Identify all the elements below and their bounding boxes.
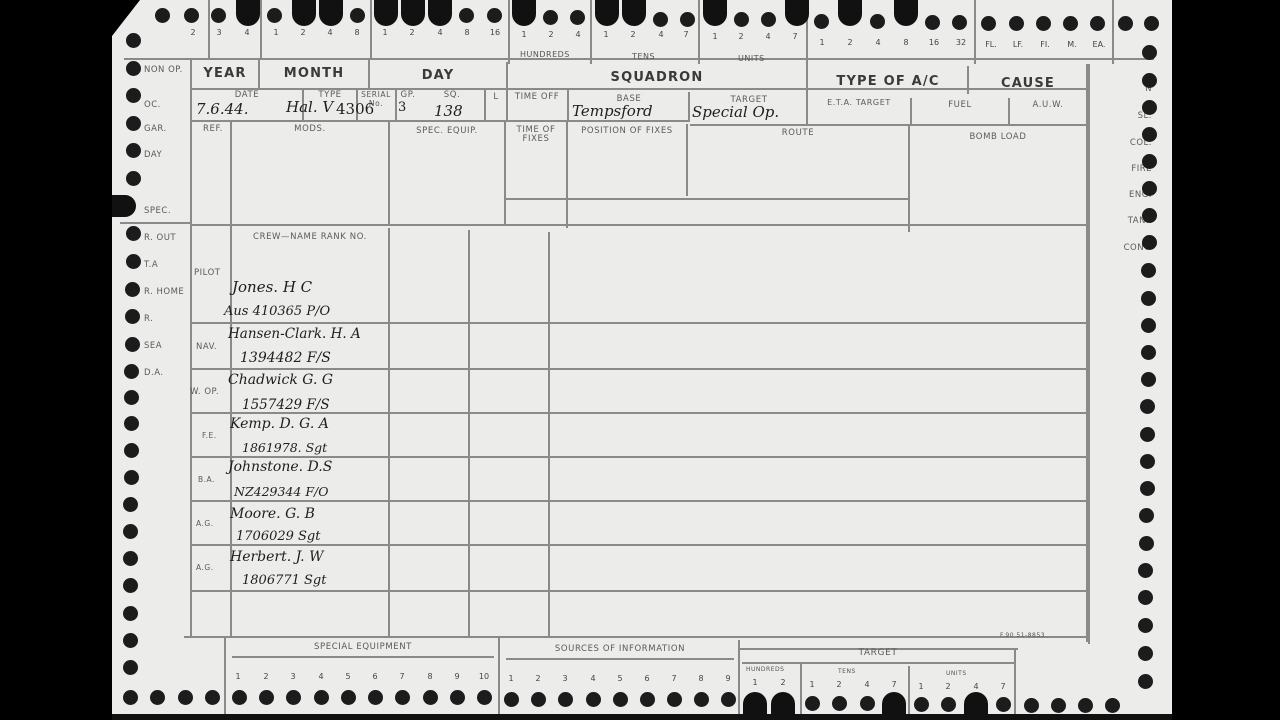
target-value[interactable]: Special Op. bbox=[692, 103, 779, 121]
gp-value[interactable]: 3 bbox=[398, 100, 406, 115]
punch-hole bbox=[914, 697, 929, 712]
crew-detail[interactable]: NZ429344 F/O bbox=[234, 484, 328, 499]
code-r-home: R. HOME bbox=[144, 287, 184, 297]
code-oc: OC. bbox=[144, 100, 161, 110]
punch-hole bbox=[1141, 318, 1156, 333]
punch-hole bbox=[1141, 263, 1156, 278]
top-num: EA. bbox=[1090, 40, 1108, 49]
punch-hole bbox=[124, 416, 139, 431]
punch-hole bbox=[721, 692, 736, 707]
top-num: 16 bbox=[488, 28, 502, 37]
top-num: 2 bbox=[405, 28, 419, 37]
punch-hole bbox=[1142, 208, 1157, 223]
crew-detail[interactable]: 1394482 F/S bbox=[240, 350, 331, 366]
top-num: 8 bbox=[899, 38, 913, 47]
punch-hole bbox=[1139, 536, 1154, 551]
punch-hole bbox=[487, 8, 502, 23]
top-num: 16 bbox=[927, 38, 941, 47]
punch-hole bbox=[653, 12, 668, 27]
punch-notch bbox=[838, 0, 862, 26]
punch-hole bbox=[126, 171, 141, 186]
punch-notch bbox=[374, 0, 398, 26]
bottom-num: 1 bbox=[914, 682, 928, 691]
punch-hole bbox=[1138, 563, 1153, 578]
bottom-num: 2 bbox=[941, 682, 955, 691]
top-num: 8 bbox=[350, 28, 364, 37]
top-num: 1 bbox=[708, 32, 722, 41]
top-num: 2 bbox=[544, 30, 558, 39]
base-value[interactable]: Tempsford bbox=[572, 102, 653, 120]
date-value[interactable]: 7.6.44. bbox=[196, 100, 248, 118]
bottom-num: 2 bbox=[832, 680, 846, 689]
month-header: MONTH bbox=[260, 66, 368, 81]
punch-hole bbox=[543, 10, 558, 25]
bottom-num: 9 bbox=[721, 674, 735, 683]
punch-hole bbox=[205, 690, 220, 705]
mods-label: MODS. bbox=[232, 124, 388, 134]
punch-hole bbox=[1139, 508, 1154, 523]
punch-hole bbox=[150, 690, 165, 705]
top-num: 1 bbox=[599, 30, 613, 39]
crew-role: B.A. bbox=[198, 475, 215, 484]
punch-hole bbox=[1051, 698, 1066, 713]
punch-hole bbox=[423, 690, 438, 705]
punch-hole bbox=[123, 633, 138, 648]
punch-hole bbox=[1141, 345, 1156, 360]
punch-hole bbox=[123, 578, 138, 593]
background-left bbox=[0, 0, 112, 720]
bottom-num: 8 bbox=[694, 674, 708, 683]
type-of-ac-header: TYPE OF A/C bbox=[808, 74, 968, 89]
bottom-num: 6 bbox=[368, 672, 382, 681]
punch-hole bbox=[1142, 127, 1157, 142]
punch-hole bbox=[734, 12, 749, 27]
code-r: R. bbox=[144, 314, 153, 324]
punch-hole bbox=[870, 14, 885, 29]
code-non-op: NON OP. bbox=[144, 66, 183, 75]
crew-name[interactable]: Herbert. J. W bbox=[230, 549, 323, 565]
units-label: UNITS bbox=[738, 54, 765, 63]
year-header: YEAR bbox=[192, 66, 258, 81]
bottom-num: 7 bbox=[887, 680, 901, 689]
time-of-fixes-label: TIME OF FIXES bbox=[506, 126, 566, 144]
punch-hole bbox=[814, 14, 829, 29]
punch-hole bbox=[341, 690, 356, 705]
punch-notch bbox=[703, 0, 727, 26]
code-day: DAY bbox=[144, 150, 162, 160]
sq-label: SQ. bbox=[420, 90, 484, 100]
punch-hole bbox=[1138, 618, 1153, 633]
crew-name[interactable]: Moore. G. B bbox=[230, 506, 315, 522]
target-bottom-label: TARGET bbox=[742, 648, 1014, 658]
crew-name[interactable]: Jones. H C bbox=[232, 278, 312, 296]
position-of-fixes-label: POSITION OF FIXES bbox=[568, 126, 686, 136]
punch-hole bbox=[123, 497, 138, 512]
punch-hole bbox=[860, 696, 875, 711]
punch-hole bbox=[184, 8, 199, 23]
punch-hole bbox=[1063, 16, 1078, 31]
punch-hole bbox=[941, 697, 956, 712]
crew-role: A.G. bbox=[196, 563, 214, 572]
punch-hole bbox=[586, 692, 601, 707]
punch-notch bbox=[292, 0, 316, 26]
bottom-num: 1 bbox=[805, 680, 819, 689]
top-num: 2 bbox=[626, 30, 640, 39]
bottom-num: 9 bbox=[450, 672, 464, 681]
punch-hole bbox=[1142, 73, 1157, 88]
top-num: 1 bbox=[269, 28, 283, 37]
punch-hole bbox=[123, 524, 138, 539]
punch-hole bbox=[395, 690, 410, 705]
bottom-num: 4 bbox=[314, 672, 328, 681]
top-num: 1 bbox=[517, 30, 531, 39]
punch-hole bbox=[1140, 454, 1155, 469]
route-label: ROUTE bbox=[688, 128, 908, 138]
form-code: F.90 51-8853 bbox=[1000, 632, 1045, 639]
crew-role: PILOT bbox=[194, 268, 220, 278]
top-num: 4 bbox=[240, 28, 254, 37]
top-num: 7 bbox=[788, 32, 802, 41]
punch-hole bbox=[1138, 646, 1153, 661]
top-num: 2 bbox=[843, 38, 857, 47]
punch-hole bbox=[1118, 16, 1133, 31]
bottom-num: 4 bbox=[860, 680, 874, 689]
top-num: 32 bbox=[954, 38, 968, 47]
punch-hole bbox=[832, 696, 847, 711]
code-sea: SEA bbox=[144, 341, 162, 351]
bottom-num: 7 bbox=[996, 682, 1010, 691]
punch-hole bbox=[504, 692, 519, 707]
punch-hole bbox=[952, 15, 967, 30]
punch-hole bbox=[123, 660, 138, 675]
punch-hole bbox=[126, 33, 141, 48]
hundreds-label: HUNDREDS bbox=[520, 50, 570, 59]
punch-hole bbox=[1141, 291, 1156, 306]
top-num: 2 bbox=[296, 28, 310, 37]
bottom-num: 1 bbox=[231, 672, 245, 681]
top-num: 4 bbox=[433, 28, 447, 37]
crew-detail[interactable]: 1861978. Sgt bbox=[242, 440, 327, 455]
bomb-load-label: BOMB LOAD bbox=[910, 132, 1086, 142]
punch-hole bbox=[314, 690, 329, 705]
crew-detail[interactable]: Aus 410365 P/O bbox=[224, 304, 330, 319]
crew-detail[interactable]: 1706029 Sgt bbox=[236, 529, 320, 544]
punch-hole bbox=[125, 282, 140, 297]
bottom-num: 10 bbox=[475, 672, 493, 681]
time-off-label: TIME OFF bbox=[508, 92, 566, 102]
fuel-label: FUEL bbox=[912, 100, 1008, 110]
punch-hole bbox=[267, 8, 282, 23]
crew-role: F.E. bbox=[202, 431, 217, 440]
top-num: 1 bbox=[378, 28, 392, 37]
punch-hole bbox=[350, 8, 365, 23]
top-num: 4 bbox=[871, 38, 885, 47]
punch-hole bbox=[125, 337, 140, 352]
code-gar: GAR. bbox=[144, 124, 167, 134]
punch-notch bbox=[236, 0, 260, 26]
gp-label: GP. bbox=[396, 90, 420, 100]
punch-hole bbox=[232, 690, 247, 705]
top-num: 8 bbox=[460, 28, 474, 37]
bottom-num: 6 bbox=[640, 674, 654, 683]
punch-hole bbox=[125, 309, 140, 324]
punch-hole bbox=[981, 16, 996, 31]
punch-hole bbox=[178, 690, 193, 705]
punch-hole bbox=[1024, 698, 1039, 713]
bottom-num: 7 bbox=[395, 672, 409, 681]
punch-hole bbox=[459, 8, 474, 23]
punch-hole bbox=[1142, 181, 1157, 196]
spec-equip-label: SPEC. EQUIP. bbox=[390, 126, 504, 136]
code-r-out: R. OUT bbox=[144, 233, 176, 243]
punch-hole bbox=[1138, 674, 1153, 689]
punch-hole bbox=[667, 692, 682, 707]
l-label: L bbox=[486, 92, 506, 102]
bottom-num: 1 bbox=[504, 674, 518, 683]
punch-notch bbox=[894, 0, 918, 26]
crew-detail[interactable]: 1806771 Sgt bbox=[242, 573, 326, 588]
punch-hole bbox=[925, 15, 940, 30]
bottom-num: 2 bbox=[776, 678, 790, 687]
crew-name[interactable]: Kemp. D. G. A bbox=[230, 416, 329, 432]
punch-notch bbox=[319, 0, 343, 26]
punch-hole bbox=[1142, 45, 1157, 60]
crew-name[interactable]: Chadwick G. G bbox=[228, 372, 333, 388]
top-num: 2 bbox=[186, 28, 200, 37]
punch-hole bbox=[1090, 16, 1105, 31]
punch-hole bbox=[996, 697, 1011, 712]
punch-notch bbox=[428, 0, 452, 26]
punch-hole bbox=[126, 254, 141, 269]
auw-label: A.U.W. bbox=[1010, 100, 1086, 110]
punch-hole bbox=[259, 690, 274, 705]
punch-hole bbox=[450, 690, 465, 705]
punch-hole bbox=[368, 690, 383, 705]
top-num: 4 bbox=[654, 30, 668, 39]
punch-hole bbox=[531, 692, 546, 707]
punch-hole bbox=[1140, 481, 1155, 496]
top-num: M. bbox=[1063, 40, 1081, 49]
bottom-num: 7 bbox=[667, 674, 681, 683]
punch-hole bbox=[1142, 154, 1157, 169]
punch-hole bbox=[1078, 698, 1093, 713]
crew-name[interactable]: Hansen-Clark. H. A bbox=[228, 326, 361, 342]
bottom-num: 2 bbox=[531, 674, 545, 683]
special-equipment-label: SPECIAL EQUIPMENT bbox=[228, 642, 498, 652]
punch-hole bbox=[126, 143, 141, 158]
tens-label: TENS bbox=[632, 52, 655, 61]
punch-hole bbox=[126, 88, 141, 103]
crew-role: NAV. bbox=[196, 342, 217, 352]
crew-header: CREW—NAME RANK NO. bbox=[232, 232, 388, 242]
punch-hole bbox=[124, 390, 139, 405]
bottom-num: 1 bbox=[748, 678, 762, 687]
top-num: 2 bbox=[734, 32, 748, 41]
type-value[interactable]: Hal. V bbox=[286, 98, 333, 116]
crew-role: W. OP. bbox=[190, 387, 219, 397]
bottom-num: 5 bbox=[341, 672, 355, 681]
punch-hole bbox=[1009, 16, 1024, 31]
crew-name[interactable]: Johnstone. D.S bbox=[228, 459, 332, 475]
punch-hole bbox=[1142, 100, 1157, 115]
punch-hole bbox=[1140, 427, 1155, 442]
punch-hole bbox=[761, 12, 776, 27]
crew-detail[interactable]: 1557429 F/S bbox=[242, 397, 330, 413]
serial-value[interactable]: 4306 bbox=[336, 100, 374, 118]
punch-notch bbox=[401, 0, 425, 26]
punch-hole bbox=[1142, 235, 1157, 250]
squadron-header: SQUADRON bbox=[508, 70, 806, 85]
code-ta: T.A bbox=[144, 260, 158, 270]
punch-notch bbox=[512, 0, 536, 26]
punch-card: 2 3 4 1 2 4 8 1 2 4 8 16 1 2 4 HUNDREDS … bbox=[112, 0, 1172, 720]
punch-hole bbox=[286, 690, 301, 705]
target-units-label: UNITS bbox=[946, 670, 967, 677]
punch-hole bbox=[570, 10, 585, 25]
punch-notch bbox=[785, 0, 809, 26]
punch-hole bbox=[124, 443, 139, 458]
bottom-num: 3 bbox=[558, 674, 572, 683]
background-right bbox=[1172, 0, 1280, 720]
bottom-num: 4 bbox=[586, 674, 600, 683]
punch-hole bbox=[126, 226, 141, 241]
top-num: 3 bbox=[212, 28, 226, 37]
punch-hole bbox=[126, 61, 141, 76]
bottom-num: 8 bbox=[423, 672, 437, 681]
code-spec: SPEC. bbox=[144, 206, 171, 216]
top-num: 4 bbox=[761, 32, 775, 41]
bottom-num: 2 bbox=[259, 672, 273, 681]
punch-notch bbox=[622, 0, 646, 26]
punch-hole bbox=[123, 690, 138, 705]
top-num: 4 bbox=[323, 28, 337, 37]
punch-hole bbox=[1141, 372, 1156, 387]
target-hundreds-label: HUNDREDS bbox=[746, 666, 784, 673]
ref-label: REF. bbox=[202, 124, 224, 134]
punch-hole bbox=[558, 692, 573, 707]
bottom-num: 5 bbox=[613, 674, 627, 683]
punch-hole bbox=[124, 364, 139, 379]
punch-hole bbox=[1036, 16, 1051, 31]
punch-hole bbox=[1140, 399, 1155, 414]
top-num: 4 bbox=[571, 30, 585, 39]
top-num: FI. bbox=[1036, 40, 1054, 49]
punch-hole bbox=[477, 690, 492, 705]
punch-hole bbox=[126, 116, 141, 131]
punch-hole bbox=[1105, 698, 1120, 713]
punch-hole bbox=[1144, 16, 1159, 31]
bottom-num: 3 bbox=[286, 672, 300, 681]
punch-hole bbox=[155, 8, 170, 23]
punch-hole bbox=[694, 692, 709, 707]
punch-hole bbox=[613, 692, 628, 707]
punch-hole bbox=[211, 8, 226, 23]
target-tens-label: TENS bbox=[838, 668, 856, 675]
sq-value[interactable]: 138 bbox=[434, 102, 463, 120]
punch-hole bbox=[123, 606, 138, 621]
punch-notch bbox=[595, 0, 619, 26]
punch-hole bbox=[805, 696, 820, 711]
punch-hole bbox=[124, 470, 139, 485]
eta-target-label: E.T.A. TARGET bbox=[808, 98, 910, 107]
punch-hole bbox=[1138, 590, 1153, 605]
punch-hole bbox=[640, 692, 655, 707]
sources-of-information-label: SOURCES OF INFORMATION bbox=[502, 644, 738, 654]
top-num: 7 bbox=[679, 30, 693, 39]
punch-hole bbox=[123, 551, 138, 566]
code-da: D.A. bbox=[144, 368, 164, 378]
day-header: DAY bbox=[370, 68, 506, 83]
bottom-num: 4 bbox=[969, 682, 983, 691]
crew-role: A.G. bbox=[196, 519, 214, 528]
top-num: 1 bbox=[815, 38, 829, 47]
top-num: FL. bbox=[982, 40, 1000, 49]
punch-hole bbox=[680, 12, 695, 27]
top-num: LF. bbox=[1009, 40, 1027, 49]
